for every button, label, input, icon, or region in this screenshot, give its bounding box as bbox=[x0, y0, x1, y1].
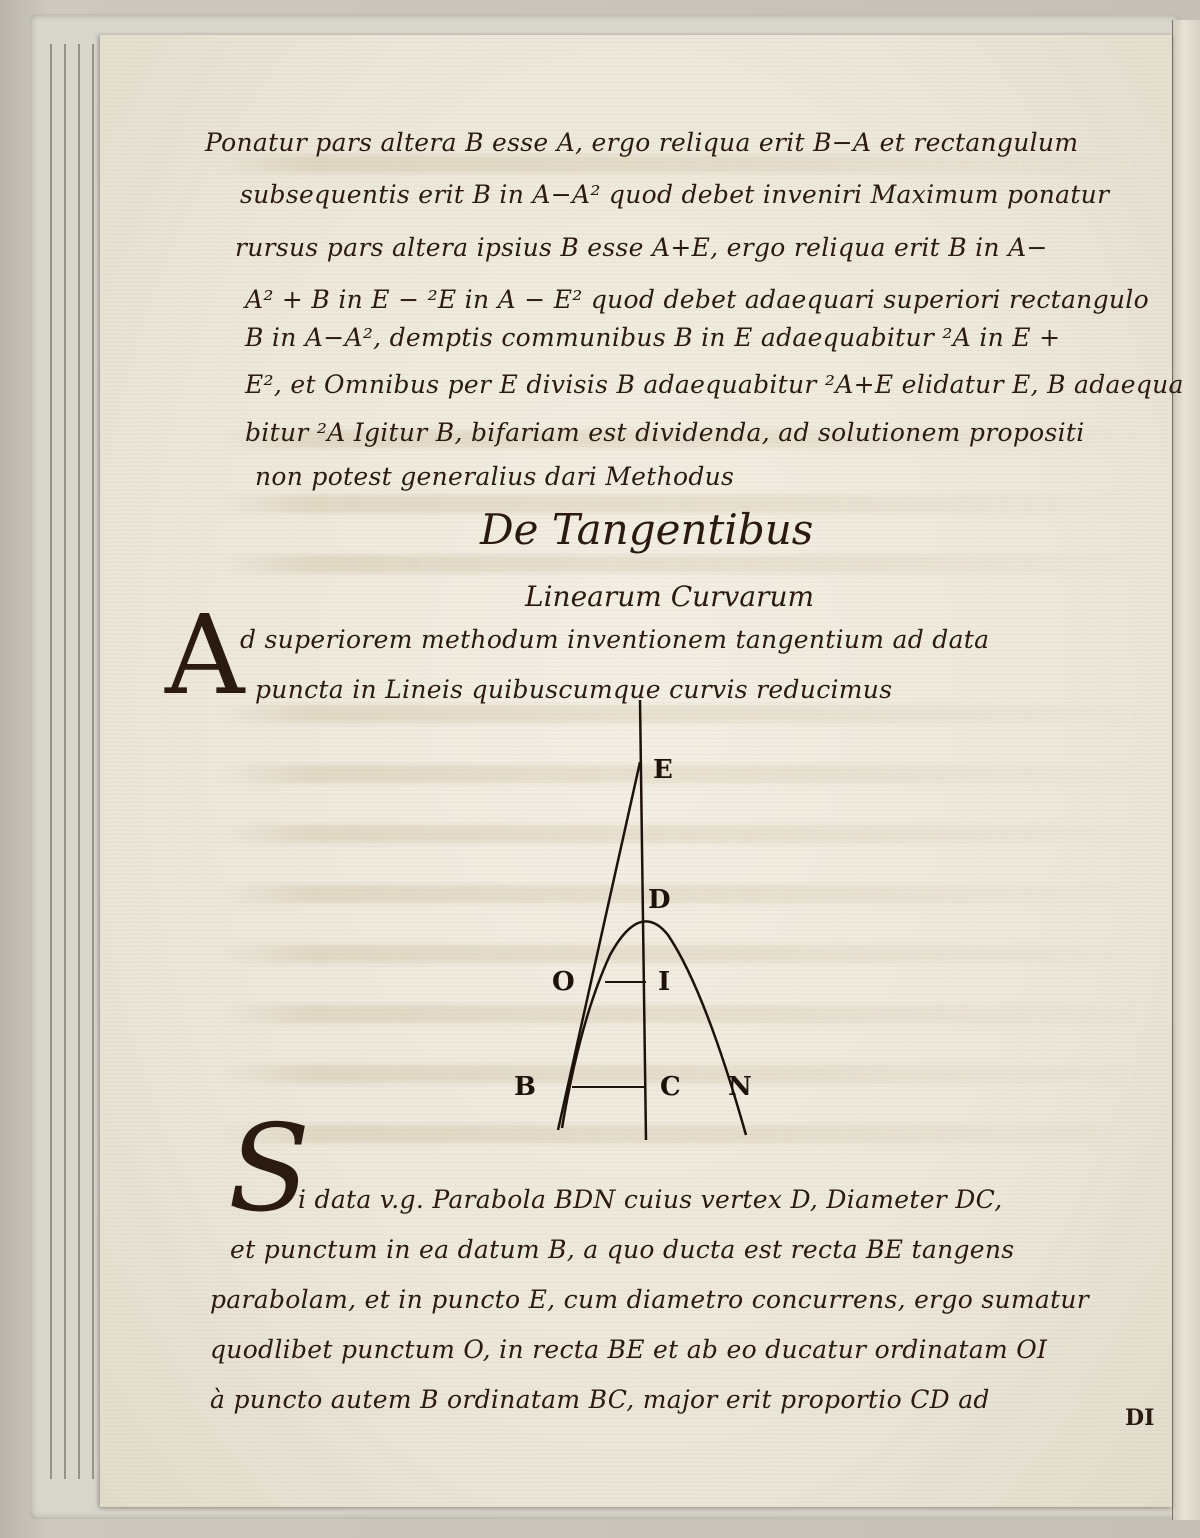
bleed-through-text bbox=[220, 555, 1142, 573]
page-edge-line bbox=[78, 44, 80, 1479]
page-edge-line bbox=[92, 44, 94, 1479]
label-b: B bbox=[514, 1072, 536, 1102]
section-subtitle: Linearum Curvarum bbox=[525, 580, 814, 613]
text-line: i data v.g. Parabola BDN cuius vertex D,… bbox=[298, 1185, 1002, 1214]
text-line: rursus pars altera ipsius B esse A+E, er… bbox=[235, 233, 1048, 262]
label-c: C bbox=[660, 1072, 681, 1102]
label-e: E bbox=[653, 755, 673, 785]
text-line: d superiorem methodum inventionem tangen… bbox=[240, 625, 989, 654]
text-line: parabolam, et in puncto E, cum diametro … bbox=[210, 1285, 1089, 1314]
parabola-tangent-diagram: E D O I B C N bbox=[500, 690, 800, 1140]
binding-gutter bbox=[1172, 20, 1200, 1520]
catchword: DI bbox=[1125, 1405, 1154, 1431]
drop-cap: A bbox=[165, 600, 244, 710]
text-line: A² + B in E − ²E in A − E² quod debet ad… bbox=[245, 285, 1149, 314]
text-line: Ponatur pars altera B esse A, ergo reliq… bbox=[205, 128, 1078, 157]
label-n: N bbox=[728, 1072, 752, 1102]
label-d: D bbox=[648, 885, 671, 915]
bleed-through-text bbox=[220, 155, 1142, 173]
text-line: à puncto autem B ordinatam BC, major eri… bbox=[210, 1385, 990, 1414]
text-line: B in A−A², demptis communibus B in E ada… bbox=[245, 323, 1060, 352]
text-line: subsequentis erit B in A−A² quod debet i… bbox=[240, 180, 1109, 209]
page-edge-line bbox=[50, 44, 52, 1479]
text-line: non potest generalius dari Methodus bbox=[255, 462, 734, 491]
label-o: O bbox=[552, 967, 575, 997]
text-line: bitur ²A Igitur B, bifariam est dividend… bbox=[245, 418, 1085, 447]
page-edge-line bbox=[64, 44, 66, 1479]
text-line: E², et Omnibus per E divisis B adaequabi… bbox=[245, 370, 1184, 399]
label-i: I bbox=[658, 967, 670, 997]
text-line: quodlibet punctum O, in recta BE et ab e… bbox=[210, 1335, 1047, 1364]
section-title: De Tangentibus bbox=[480, 505, 813, 554]
text-line: et punctum in ea datum B, a quo ducta es… bbox=[230, 1235, 1014, 1264]
